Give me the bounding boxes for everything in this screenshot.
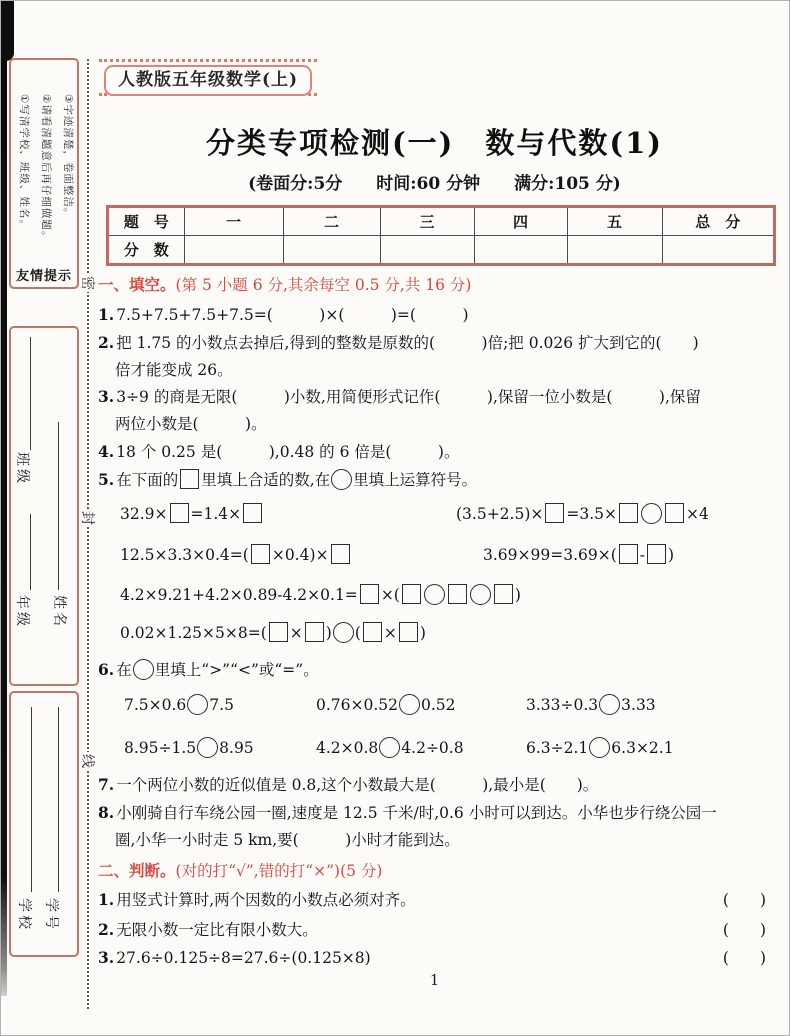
judgment-3-text: 27.6÷0.125÷8=27.6÷(0.125×8) [116, 949, 371, 967]
score-row-label: 分 数 [108, 236, 184, 265]
equation-blank: (3.5+2.5)×=3.5××4 [456, 503, 709, 525]
score-header-cell: 总 分 [662, 207, 774, 236]
compare-item: 8.95÷1.58.95 [124, 737, 254, 759]
section-2-heading: 二、判断。(对的打“√”,错的打“×”)(5 分) [98, 859, 382, 881]
score-cell [662, 236, 774, 265]
question-4-text: 18 个 0.25 是( ),0.48 的 6 倍是( )。 [116, 443, 459, 461]
score-header-cell: 四 [474, 207, 567, 236]
answer-box-shape [402, 584, 421, 604]
exam-paper-page: 密 封 线 ①写清学校、班级、姓名。 ②请看清题意后再仔细做题。 ③字迹清楚，卷… [0, 0, 790, 1036]
question-5: 5.在下面的里填上合适的数,在里填上运算符号。 [98, 469, 776, 491]
question-6: 6.在里填上“>”“<”或“=”。 [98, 659, 776, 681]
question-3-line-1: 3.3÷9 的商是无限( )小数,用简便形式记作( ),保留一位小数是( ),保… [98, 386, 776, 408]
compare-item: 0.76×0.520.52 [316, 694, 456, 716]
question-2-text: 把 1.75 的小数点去掉后,得到的整数是原数的( )倍;把 0.026 扩大到… [116, 334, 698, 352]
section-1-title: 一、填空。 [98, 275, 176, 294]
question-5-text: 在下面的里填上合适的数,在里填上运算符号。 [116, 471, 477, 489]
question-6-text: 在里填上“>”“<”或“=”。 [116, 661, 319, 679]
tip-2: ②请看清题意后再仔细做题。 [36, 94, 56, 270]
exam-title: 分类专项检测(一) 数与代数(1) [96, 121, 773, 162]
question-2-line-1: 2.把 1.75 的小数点去掉后,得到的整数是原数的( )倍;把 0.026 扩… [98, 332, 776, 354]
operator-circle-shape [333, 622, 354, 643]
answer-box-shape [331, 544, 350, 564]
answer-box-shape [647, 544, 666, 564]
equation-blank: 12.5×3.3×0.4=(×0.4)× [120, 544, 352, 566]
equation-blank: 4.2×9.21+4.2×0.89-4.2×0.1=×() [120, 584, 521, 606]
question-2-line-2: 倍才能变成 26。 [98, 359, 790, 381]
student-info-box-1: 班级 年级 姓名 [9, 326, 79, 686]
edition-badge: 人教版五年级数学(上) [104, 65, 312, 96]
operator-circle-shape [197, 737, 218, 758]
judgment-blank: ( ) [723, 947, 766, 969]
answer-box-shape [170, 503, 189, 523]
answer-box-shape [251, 544, 270, 564]
tips-box: ①写清学校、班级、姓名。 ②请看清题意后再仔细做题。 ③字迹清楚，卷面整洁。 友… [9, 58, 79, 289]
operator-circle-shape [399, 694, 420, 715]
operator-circle-shape [589, 737, 610, 758]
student-id-field-label: 学号 [42, 898, 62, 932]
judgment-blank: ( ) [723, 919, 766, 941]
judgment-2-text: 无限小数一定比有限小数大。 [116, 921, 318, 939]
school-field-label: 学校 [15, 898, 35, 932]
edition-badge-frame: 人教版五年级数学(上) [99, 59, 317, 96]
section-2-title: 二、判断。 [98, 861, 176, 880]
score-cell [283, 236, 380, 265]
tip-3: ③字迹清楚，卷面整洁。 [58, 94, 78, 270]
judgment-blank: ( ) [723, 889, 766, 911]
tips-columns: ①写清学校、班级、姓名。 ②请看清题意后再仔细做题。 ③字迹清楚，卷面整洁。 [14, 94, 78, 270]
compare-item: 4.2×0.84.2÷0.8 [316, 737, 464, 759]
answer-box-shape [619, 544, 638, 564]
answer-box-shape [269, 622, 288, 642]
scan-corner-shadow [1, 1, 14, 61]
score-header-cell: 三 [380, 207, 474, 236]
question-4: 4.18 个 0.25 是( ),0.48 的 6 倍是( )。 [98, 441, 776, 463]
answer-box-shape [180, 469, 199, 489]
operator-circle-shape [331, 469, 352, 490]
student-id-field-line [58, 707, 59, 892]
class-field-label: 班级 [13, 452, 33, 486]
question-1: 1.7.5+7.5+7.5+7.5=( )×( )=( ) [98, 304, 776, 326]
grade-field-label: 年级 [13, 595, 33, 629]
operator-circle-shape [641, 503, 662, 524]
name-field-label: 姓名 [50, 595, 70, 629]
compare-item: 7.5×0.67.5 [124, 694, 234, 716]
question-3-text: 3÷9 的商是无限( )小数,用简便形式记作( ),保留一位小数是( ),保留 [116, 388, 701, 406]
judgment-1: 1.用竖式计算时,两个因数的小数点必须对齐。 ( ) [98, 889, 776, 911]
question-7: 7.一个两位小数的近似值是 0.8,这个小数最大是( ),最小是( )。 [98, 774, 776, 796]
question-8-text: 小刚骑自行车绕公园一圈,速度是 12.5 千米/时,0.6 小时可以到达。小华也… [116, 804, 717, 822]
judgment-1-text: 用竖式计算时,两个因数的小数点必须对齐。 [116, 891, 415, 909]
answer-box-shape [305, 622, 324, 642]
page-number: 1 [96, 971, 773, 989]
question-8-line-2: 圈,小华一小时走 5 km,要( )小时才能到达。 [98, 829, 790, 851]
section-2-note: (对的打“√”,错的打“×”)(5 分) [176, 862, 383, 880]
section-1-heading: 一、填空。(第 5 小题 6 分,其余每空 0.5 分,共 16 分) [98, 273, 471, 295]
answer-box-shape [619, 503, 638, 523]
answer-box-shape [494, 584, 513, 604]
score-header-cell: 五 [567, 207, 662, 236]
operator-circle-shape [187, 694, 208, 715]
answer-box-shape [363, 622, 382, 642]
operator-circle-shape [470, 584, 491, 605]
score-header-cell: 二 [283, 207, 380, 236]
equation-blank: 32.9×=1.4× [120, 503, 264, 525]
grade-field-line [30, 514, 31, 590]
question-3-line-2: 两位小数是( )。 [98, 413, 790, 435]
score-cell [474, 236, 567, 265]
seal-dashed-line [87, 59, 89, 1009]
compare-item: 3.33÷0.33.33 [526, 694, 656, 716]
operator-circle-shape [424, 584, 445, 605]
question-1-text: 7.5+7.5+7.5+7.5=( )×( )=( ) [116, 306, 468, 324]
score-header-cell: 一 [184, 207, 283, 236]
score-table-score-row: 分 数 [108, 236, 774, 265]
answer-box-shape [448, 584, 467, 604]
section-1-note: (第 5 小题 6 分,其余每空 0.5 分,共 16 分) [176, 276, 472, 294]
operator-circle-shape [379, 737, 400, 758]
class-field-line [30, 337, 31, 450]
school-field-line [31, 707, 32, 892]
answer-box-shape [545, 503, 564, 523]
equation-blank: 3.69×99=3.69×(-) [483, 544, 674, 566]
tips-title: 友情提示 [11, 265, 77, 284]
answer-box-shape [665, 503, 684, 523]
operator-circle-shape [599, 694, 620, 715]
student-info-box-2: 学校 学号 [9, 691, 79, 957]
question-8-line-1: 8.小刚骑自行车绕公园一圈,速度是 12.5 千米/时,0.6 小时可以到达。小… [98, 802, 776, 824]
score-table: 题 号 一 二 三 四 五 总 分 分 数 [107, 206, 775, 265]
name-field-line [58, 422, 59, 590]
judgment-2: 2.无限小数一定比有限小数大。 ( ) [98, 919, 776, 941]
judgment-3: 3.27.6÷0.125÷8=27.6÷(0.125×8) ( ) [98, 947, 776, 969]
scan-edge-shadow [1, 1, 7, 996]
answer-box-shape [360, 584, 379, 604]
compare-item: 6.3÷2.16.3×2.1 [526, 737, 674, 759]
question-7-text: 一个两位小数的近似值是 0.8,这个小数最大是( ),最小是( )。 [116, 776, 598, 794]
score-cell [380, 236, 474, 265]
score-header-cell: 题 号 [108, 207, 184, 236]
tip-1: ①写清学校、班级、姓名。 [14, 94, 34, 270]
answer-box-shape [399, 622, 418, 642]
exam-meta: (卷面分:5分 时间:60 分钟 满分:105 分) [96, 169, 773, 194]
score-cell [567, 236, 662, 265]
answer-box-shape [243, 503, 262, 523]
operator-circle-shape [133, 659, 154, 680]
score-cell [184, 236, 283, 265]
equation-blank: 0.02×1.25×5×8=(×)(×) [120, 622, 426, 644]
score-table-header-row: 题 号 一 二 三 四 五 总 分 [108, 207, 774, 236]
